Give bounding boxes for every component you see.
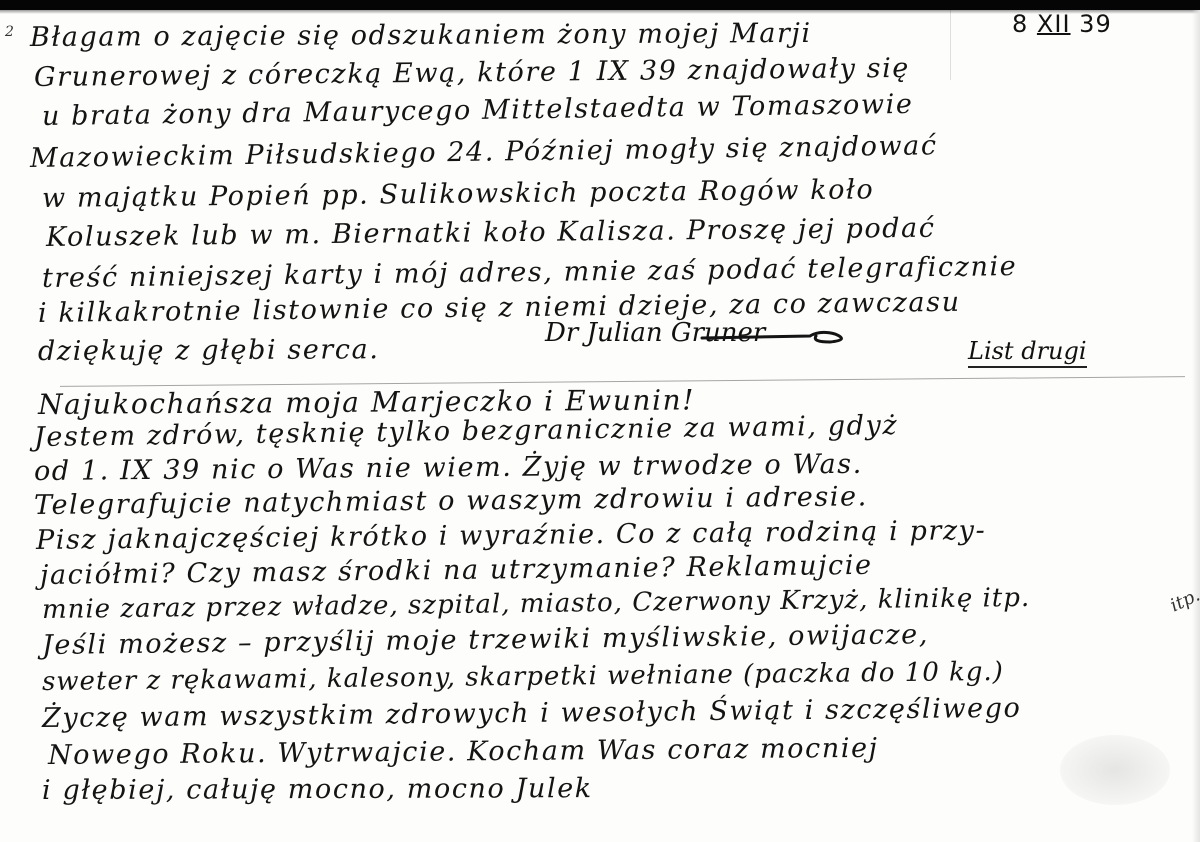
scan-top-border [0,0,1200,10]
date-year: 39 [1079,10,1112,38]
letter1-line: dziękuję z głębi serca. [38,334,380,367]
letter1-line: w majątku Popień pp. Sulikowskich poczta… [42,174,875,214]
letter2-line: i głębiej, całuję mocno, mocno Julek [42,773,593,806]
letter2-line: Nowego Roku. Wytrwajcie. Kocham Was cora… [48,733,879,771]
letter1-line: Koluszek lub w m. Biernatki koło Kalisza… [46,213,936,253]
letter2-line: Telegrafujcie natychmiast o waszym zdrow… [34,481,868,521]
letter2-label: List drugi [968,336,1087,368]
postcard-scan: 2 8 XII 39 Błagam o zajęcie się odszukan… [0,0,1200,842]
letter2-line: jaciółmi? Czy masz środki na utrzymanie?… [40,550,873,591]
letter1-line: Grunerowej z córeczką Ewą, które 1 IX 39… [34,53,910,93]
date-month: XII [1037,10,1071,38]
date-day: 8 [1012,10,1028,38]
paper-crease [950,10,951,80]
letter2-line: sweter z rękawami, kalesony, skarpetki w… [42,657,1004,697]
letter1-line: Błagam o zajęcie się odszukaniem żony mo… [30,18,812,53]
letter-date: 8 XII 39 [1012,10,1112,38]
paper-right-edge [1192,10,1200,842]
signature-flourish-icon [700,326,850,346]
letter2-line: Jeśli możesz – przyślij moje trzewiki my… [42,619,929,661]
letter1-line: i kilkakrotnie listownie co się z niemi … [38,287,961,329]
letter2-line: Życzę wam wszystkim zdrowych i wesołych … [42,693,1022,734]
letter1-line: u brata żony dra Maurycego Mittelstaedta… [42,89,914,132]
letter1-line: Mazowieckim Piłsudskiego 24. Później mog… [30,130,938,174]
page-number: 2 [5,24,14,40]
paper-stain [1060,735,1170,805]
letter2-line: mnie zaraz przez władze, szpital, miasto… [42,583,1031,625]
letter2-line: od 1. IX 39 nic o Was nie wiem. Żyję w t… [34,449,863,487]
